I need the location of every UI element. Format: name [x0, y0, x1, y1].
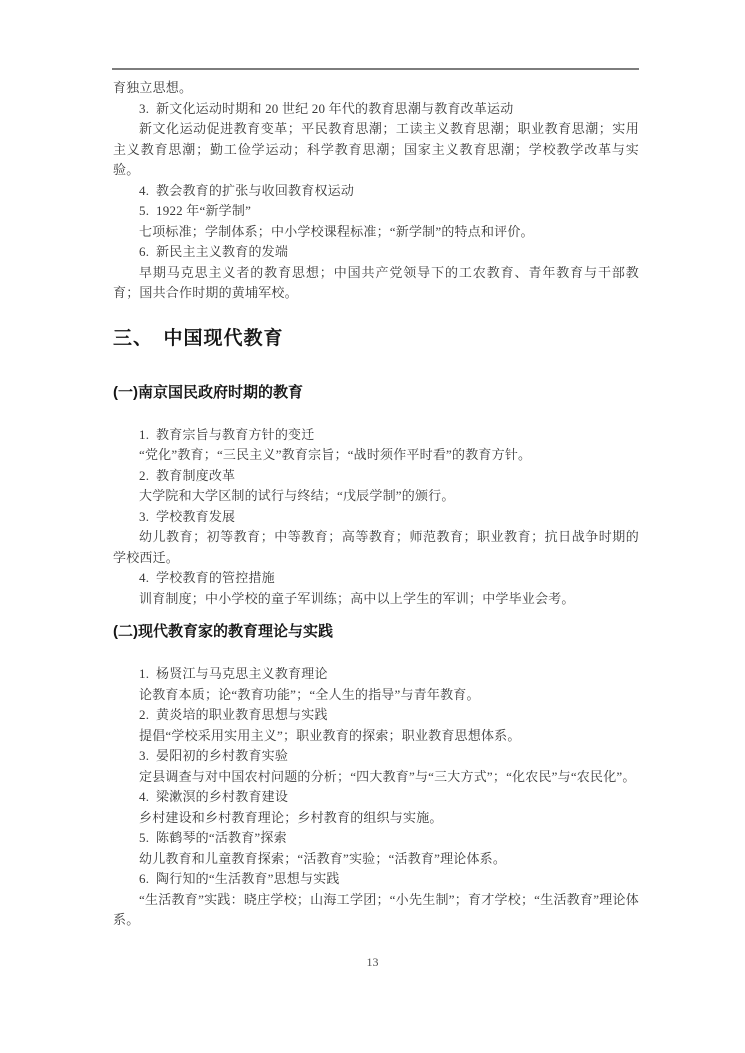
- section-heading: 三、 中国现代教育: [113, 324, 639, 354]
- paragraph: 论教育本质；论“教育功能”；“全人生的指导”与青年教育。: [113, 685, 639, 706]
- paragraph: 早期马克思主义者的教育思想；中国共产党领导下的工农教育、青年教育与干部教育；国共…: [113, 263, 639, 304]
- document-body: 育独立思想。3. 新文化运动时期和 20 世纪 20 年代的教育思潮与教育改革运…: [113, 78, 639, 931]
- paragraph: 乡村建设和乡村教育理论；乡村教育的组织与实施。: [113, 808, 639, 829]
- paragraph: 2. 教育制度改革: [113, 466, 639, 487]
- paragraph: 定县调查与对中国农村问题的分析；“四大教育”与“三大方式”；“化农民”与“农民化…: [113, 767, 639, 788]
- paragraph: 七项标准；学制体系；中小学校课程标准；“新学制”的特点和评价。: [113, 222, 639, 243]
- paragraph: 5. 陈鹤琴的“活教育”探索: [113, 828, 639, 849]
- paragraph: 幼儿教育和儿童教育探索；“活教育”实验；“活教育”理论体系。: [113, 849, 639, 870]
- paragraph: 新文化运动促进教育变革；平民教育思潮；工读主义教育思潮；职业教育思潮；实用主义教…: [113, 119, 639, 181]
- paragraph: 提倡“学校采用实用主义”；职业教育的探索；职业教育思想体系。: [113, 726, 639, 747]
- paragraph: 大学院和大学区制的试行与终结；“戊辰学制”的颁行。: [113, 486, 639, 507]
- paragraph: 5. 1922 年“新学制”: [113, 201, 639, 222]
- paragraph: 幼儿教育；初等教育；中等教育；高等教育；师范教育；职业教育；抗日战争时期的学校西…: [113, 527, 639, 568]
- paragraph: 3. 学校教育发展: [113, 507, 639, 528]
- paragraph: 6. 陶行知的“生活教育”思想与实践: [113, 869, 639, 890]
- paragraph: 2. 黄炎培的职业教育思想与实践: [113, 705, 639, 726]
- page-number: 13: [0, 955, 745, 970]
- header-rule: [112, 68, 639, 70]
- subsection-heading: (一)南京国民政府时期的教育: [113, 382, 639, 404]
- document-page: 育独立思想。3. 新文化运动时期和 20 世纪 20 年代的教育思潮与教育改革运…: [0, 0, 745, 1053]
- paragraph: 4. 教会教育的扩张与收回教育权运动: [113, 181, 639, 202]
- paragraph: 1. 杨贤江与马克思主义教育理论: [113, 664, 639, 685]
- paragraph: “生活教育”实践：晓庄学校；山海工学团；“小先生制”；育才学校；“生活教育”理论…: [113, 890, 639, 931]
- subsection-heading: (二)现代教育家的教育理论与实践: [113, 621, 639, 643]
- paragraph: 育独立思想。: [113, 78, 639, 99]
- paragraph: 3. 晏阳初的乡村教育实验: [113, 746, 639, 767]
- paragraph: 6. 新民主主义教育的发端: [113, 242, 639, 263]
- paragraph: 4. 梁漱溟的乡村教育建设: [113, 787, 639, 808]
- paragraph: 训育制度；中小学校的童子军训练；高中以上学生的军训；中学毕业会考。: [113, 589, 639, 610]
- paragraph: 1. 教育宗旨与教育方针的变迁: [113, 425, 639, 446]
- paragraph: 3. 新文化运动时期和 20 世纪 20 年代的教育思潮与教育改革运动: [113, 99, 639, 120]
- paragraph: “党化”教育；“三民主义”教育宗旨；“战时须作平时看”的教育方针。: [113, 445, 639, 466]
- paragraph: 4. 学校教育的管控措施: [113, 568, 639, 589]
